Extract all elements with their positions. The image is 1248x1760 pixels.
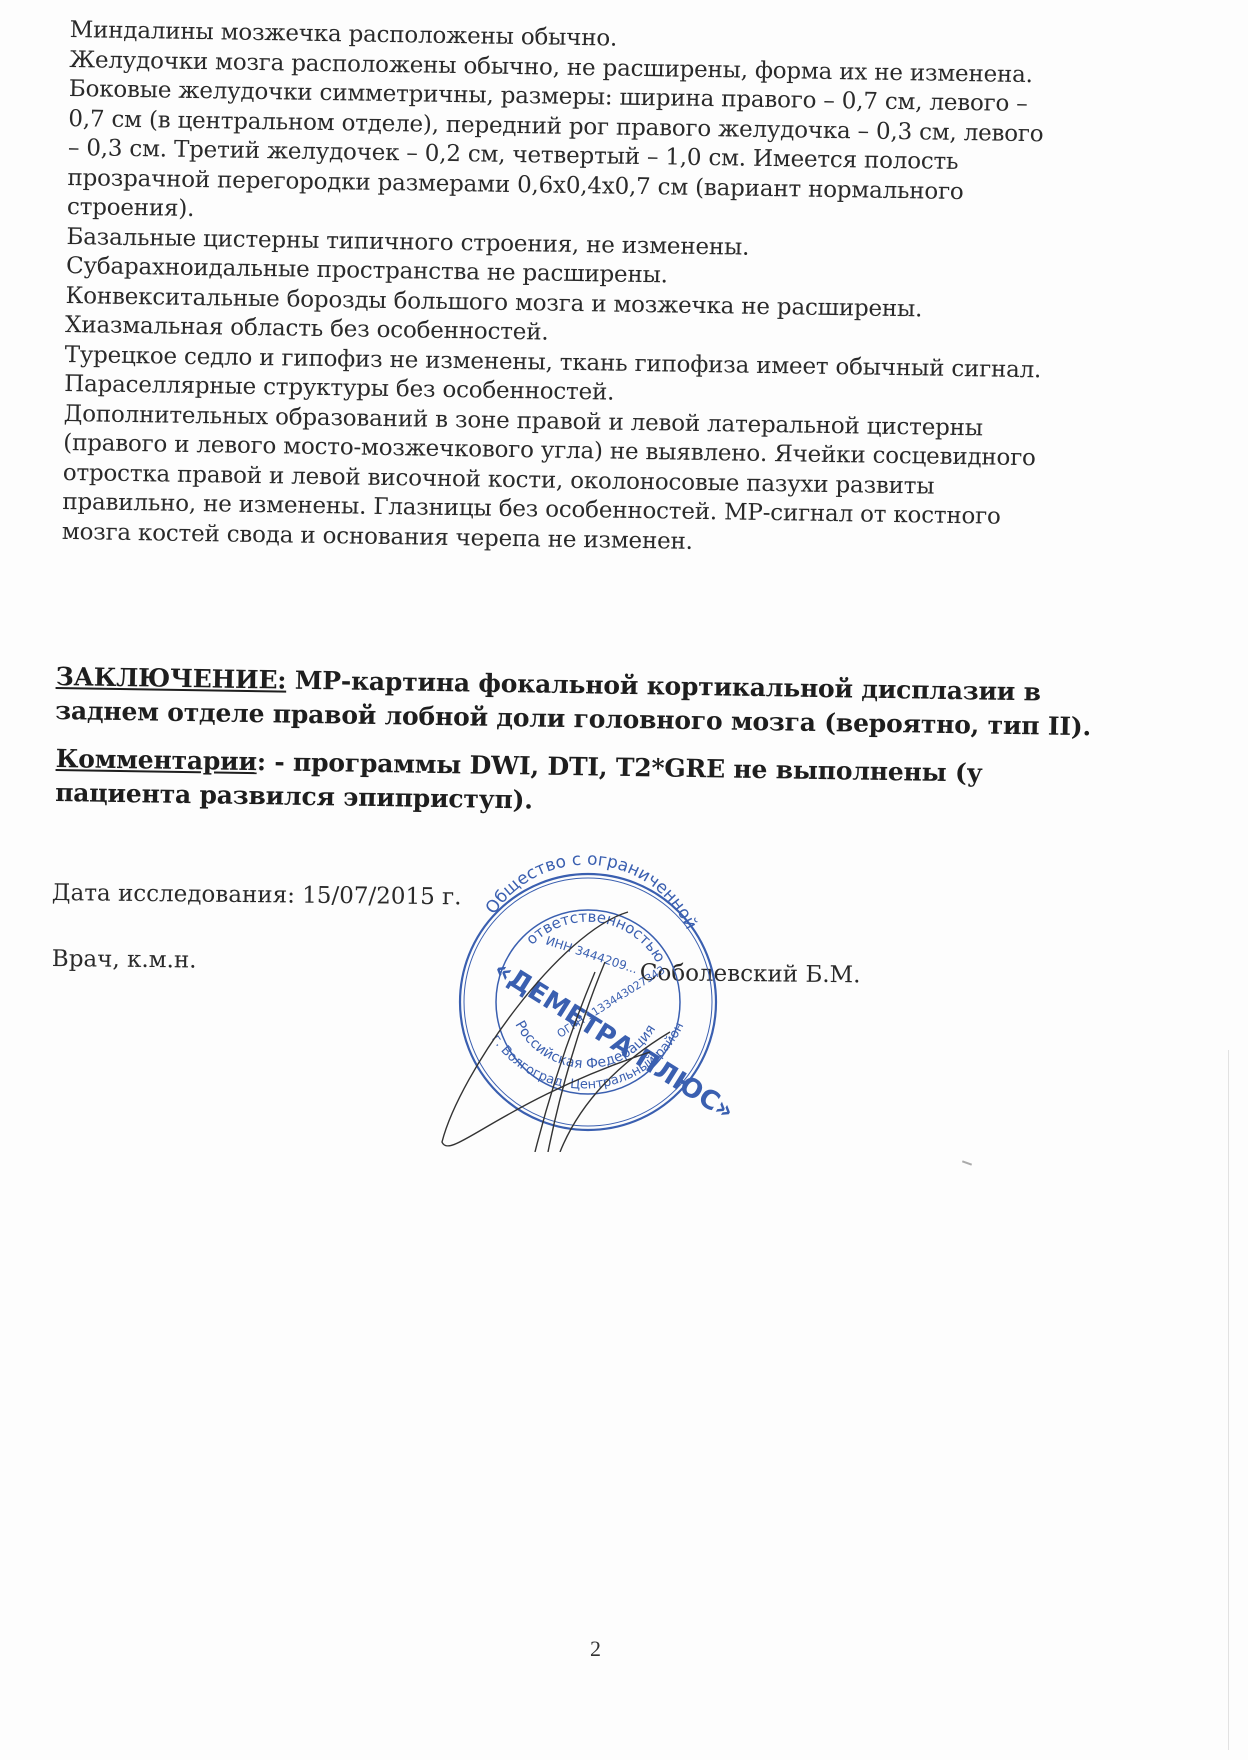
conclusion-label: ЗАКЛЮЧЕНИЕ: — [56, 662, 287, 695]
organization-stamp-icon: Общество с ограниченной ответственностью… — [440, 852, 730, 1152]
stray-mark — [962, 1160, 972, 1165]
page-number: 2 — [590, 1636, 601, 1662]
conclusion-section: ЗАКЛЮЧЕНИЕ: МР-картина фокальной кортика… — [55, 660, 1186, 746]
findings-section: Миндалины мозжечка расположены обычно. Ж… — [62, 16, 1180, 564]
study-date: Дата исследования: 15/07/2015 г. — [52, 880, 462, 910]
comments-label: Комментарии — [56, 744, 258, 776]
comments-section: Комментарии: - программы DWI, DTI, T2*GR… — [55, 742, 1186, 828]
doctor-title: Врач, к.м.н. — [52, 946, 197, 974]
svg-text:ИНН 3444209...: ИНН 3444209... — [544, 934, 639, 977]
page-edge-line — [1228, 1050, 1229, 1750]
